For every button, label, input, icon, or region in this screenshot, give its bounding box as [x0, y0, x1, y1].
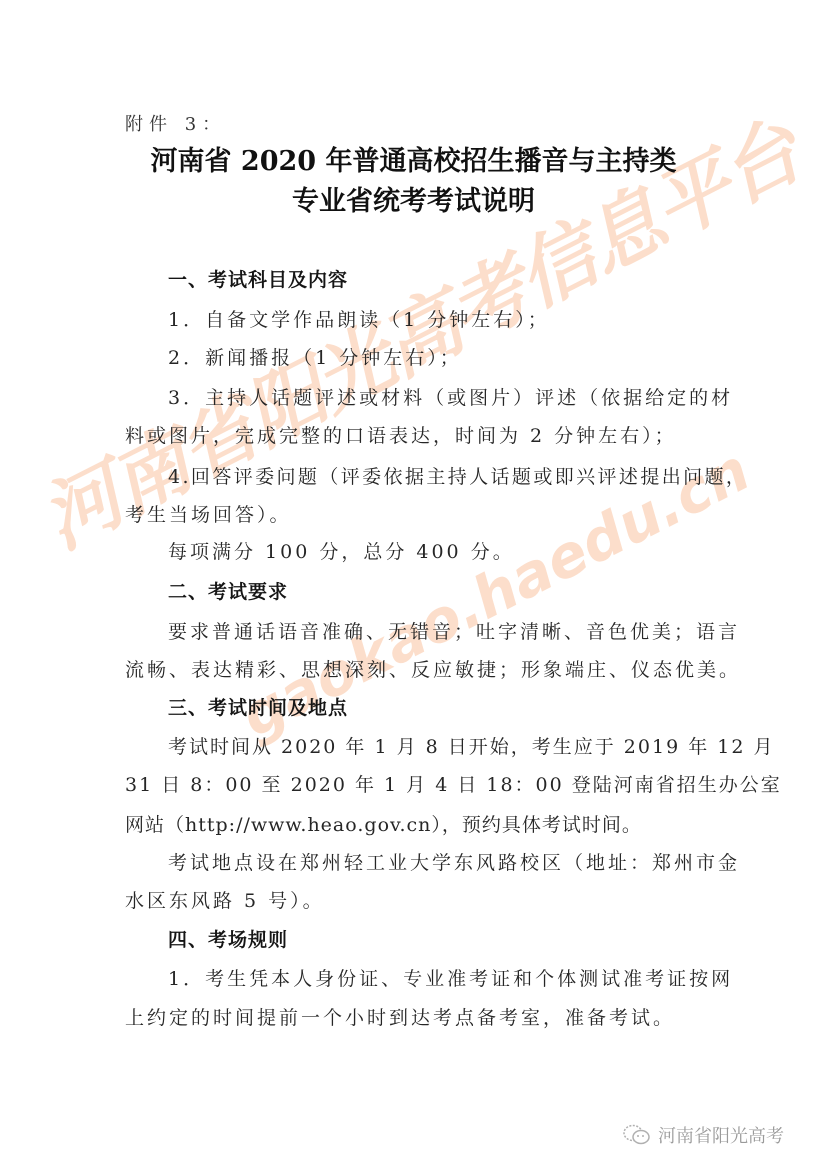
paragraph-line: 3．主持人话题评述或材料（或图片）评述（依据给定的材: [168, 386, 733, 410]
section-heading: 四、考场规则: [168, 928, 288, 952]
paragraph-line: 流畅、表达精彩、思想深刻、反应敏捷；形象端庄、仪态优美。: [125, 658, 741, 682]
paragraph-line: 1．自备文学作品朗读（1 分钟左右）；: [168, 308, 550, 332]
paragraph-line: 网站（http://www.heao.gov.cn），预约具体考试时间。: [125, 813, 642, 837]
paragraph-line: 4.回答评委问题（评委依据主持人话题或即兴评述提出问题，: [168, 465, 747, 489]
paragraph-line: 料或图片，完成完整的口语表达，时间为 2 分钟左右）；: [125, 424, 677, 448]
attachment-label: 附件 3：: [125, 113, 226, 137]
paragraph-line: 每项满分 100 分，总分 400 分。: [168, 540, 515, 564]
footer-attribution: 河南省阳光高考: [622, 1122, 784, 1148]
paragraph-line: 31 日 8：00 至 2020 年 1 月 4 日 18：00 登陆河南省招生…: [125, 773, 782, 797]
footer-label: 河南省阳光高考: [658, 1122, 784, 1148]
paragraph-line: 考生当场回答）。: [125, 503, 292, 527]
paragraph-line: 上约定的时间提前一个小时到达考点备考室，准备考试。: [125, 1006, 675, 1030]
paragraph-line: 2．新闻播报（1 分钟左右）；: [168, 346, 462, 370]
paragraph-line: 考试时间从 2020 年 1 月 8 日开始，考生应于 2019 年 12 月: [168, 735, 774, 759]
document-title-line2: 专业省统考考试说明: [0, 186, 827, 218]
paragraph-line: 1．考生凭本人身份证、专业准考证和个体测试准考证按网: [168, 967, 733, 991]
document-title-line1: 河南省 2020 年普通高校招生播音与主持类: [0, 146, 827, 178]
document-page: 附件 3： 河南省 2020 年普通高校招生播音与主持类 专业省统考考试说明 一…: [0, 0, 827, 1169]
paragraph-line: 考试地点设在郑州轻工业大学东风路校区（地址：郑州市金: [168, 851, 740, 875]
section-heading: 三、考试时间及地点: [168, 696, 348, 720]
wechat-icon: [622, 1123, 652, 1147]
section-heading: 一、考试科目及内容: [168, 268, 348, 292]
section-heading: 二、考试要求: [168, 580, 288, 604]
paragraph-line: 水区东风路 5 号）。: [125, 889, 325, 913]
paragraph-line: 要求普通话语音准确、无错音；吐字清晰、音色优美；语言: [168, 620, 740, 644]
